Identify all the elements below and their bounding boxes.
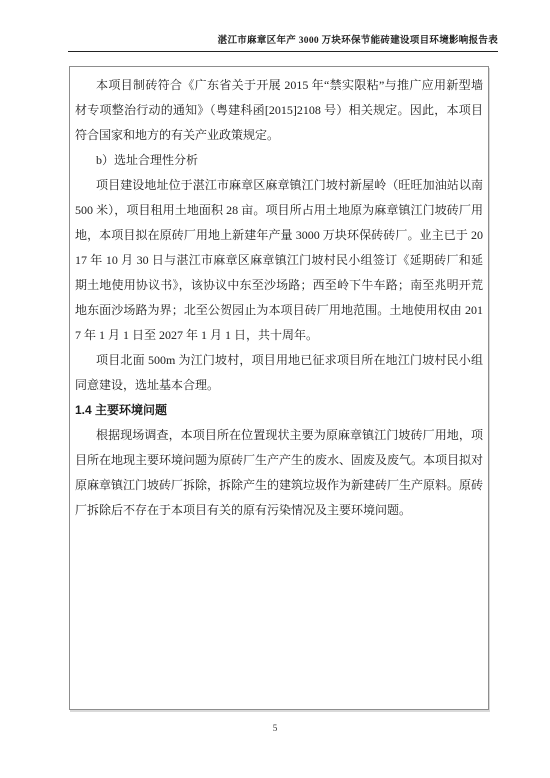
running-header-title: 湛江市麻章区年产 3000 万块环保节能砖建设项目环境影响报告表: [68, 35, 498, 52]
page-number: 5: [0, 724, 550, 734]
policy-compliance-paragraph: 本项目制砖符合《广东省关于开展 2015 年“禁实限粘”与推广应用新型墙材专项整…: [75, 73, 483, 148]
site-suitability-paragraph: 项目北面 500m 为江门坡村，项目用地已征求项目所在地江门坡村民小组同意建设，…: [75, 348, 483, 398]
environmental-issues-paragraph: 根据现场调查，本项目所在位置现状主要为原麻章镇江门坡砖厂用地，项目所在地现主要环…: [75, 423, 483, 523]
section-heading-1-4: 1.4 主要环境问题: [75, 398, 483, 423]
project-location-paragraph: 项目建设地址位于湛江市麻章区麻章镇江门坡村新屋岭（旺旺加油站以南 500 米），…: [75, 173, 483, 348]
site-selection-subheading: b）选址合理性分析: [75, 148, 483, 173]
document-page: 湛江市麻章区年产 3000 万块环保节能砖建设项目环境影响报告表 本项目制砖符合…: [0, 0, 550, 778]
report-form-cell: 本项目制砖符合《广东省关于开展 2015 年“禁实限粘”与推广应用新型墙材专项整…: [69, 66, 489, 710]
